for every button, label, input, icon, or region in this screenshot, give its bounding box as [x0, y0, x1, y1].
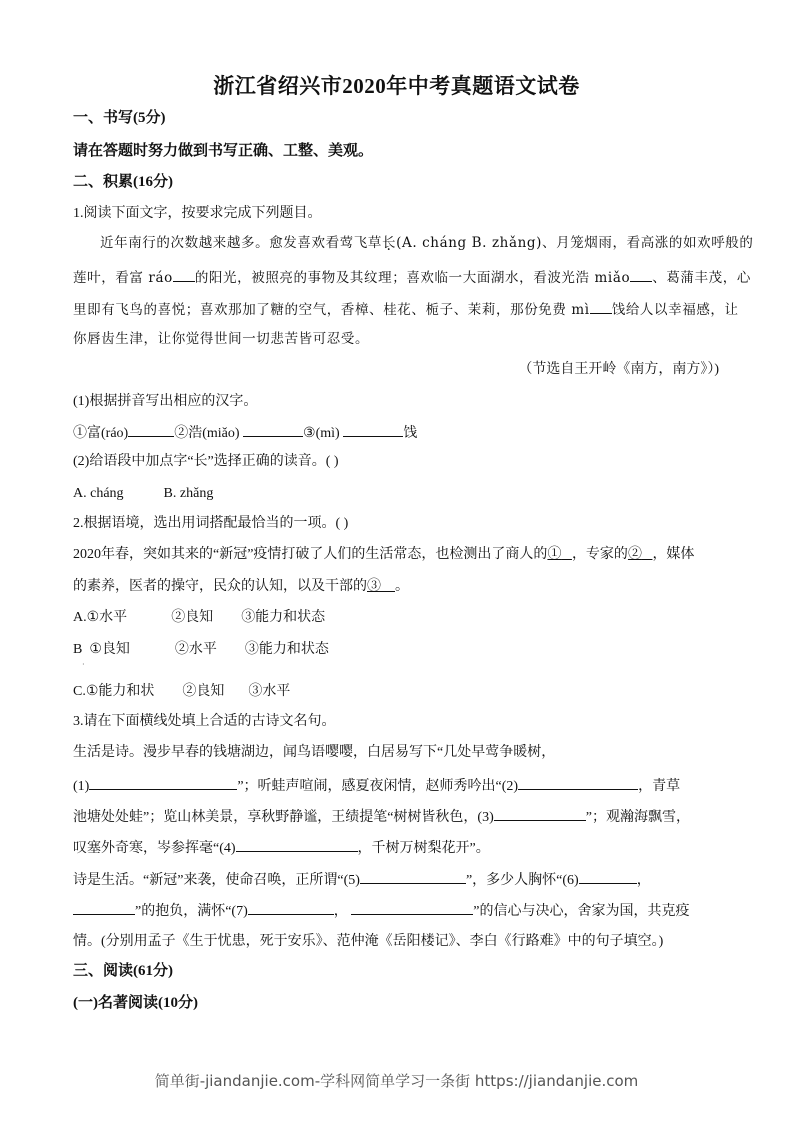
passage-source: （节选自王开岭《南方，南方》）) — [518, 360, 719, 380]
q2-option-b[interactable]: B ①良知②水平③能力和状态 — [73, 640, 329, 660]
option-item: ②水平 — [175, 642, 217, 657]
option-label: C. — [73, 684, 86, 699]
answer-blank[interactable] — [343, 422, 403, 437]
q3-prompt: 3.请在下面横线处填上合适的古诗文名句。 — [73, 712, 336, 732]
option-item: ③能力和状态 — [241, 610, 325, 625]
passage-text: 叹塞外奇寒，岑参挥毫“(4) — [73, 841, 236, 856]
pinyin-item-1: ①富(ráo) — [73, 426, 128, 441]
section1-instruction: 请在答题时努力做到书写正确、工整、美观。 — [73, 141, 373, 161]
passage-text: 。 — [395, 579, 409, 594]
option-item: ①能力和状 — [86, 684, 155, 699]
q2-passage-line-2: 的素养，医者的操守，民众的认知，以及干部的③ 。 — [73, 577, 409, 597]
option-item: ③能力和状态 — [245, 642, 329, 657]
passage-line-4: 你唇齿生津，让你觉得世间一切悲苦皆可忍受。 — [73, 329, 369, 349]
passage-text: ， — [334, 904, 348, 919]
answer-blank-poem-3[interactable] — [494, 806, 586, 821]
section2-heading: 二、积累(16分) — [73, 172, 173, 192]
passage-text: 2020年春，突如其来的“新冠”疫情打破了人们的生活常态，也检测出了商人的 — [73, 547, 547, 562]
blank-label: ① — [547, 547, 561, 562]
passage-text: ， — [637, 873, 651, 888]
answer-blank-poem-1[interactable] — [89, 775, 237, 790]
q2-option-c[interactable]: C.①能力和状②良知③水平 — [73, 682, 290, 702]
passage-text: 的素养，医者的操守，民众的认知，以及干部的 — [73, 579, 367, 594]
sub2-options: A. chángB. zhǎng — [73, 484, 213, 504]
passage-text: ”的抱负，满怀“(7) — [135, 904, 248, 919]
passage-line-3: 里即有飞鸟的喜悦；喜欢那加了糖的空气，香樟、桂花、栀子、茉莉，那份免费 mì饯给… — [73, 299, 739, 320]
passage-text: 里即有飞鸟的喜悦；喜欢那加了糖的空气，香樟、桂花、栀子、茉莉，那份免费 mì — [73, 302, 590, 318]
page-title: 浙江省绍兴市2020年中考真题语文试卷 — [0, 70, 793, 100]
answer-blank[interactable] — [243, 422, 303, 437]
answer-blank-3[interactable]: ③ — [367, 579, 395, 594]
answer-blank-poem-6b[interactable] — [73, 900, 135, 915]
passage-text: ”；观瀚海飘雪， — [586, 810, 690, 825]
passage-text: ”，多少人胸怀“(6) — [466, 873, 579, 888]
answer-blank-poem-6a[interactable] — [579, 869, 637, 884]
answer-blank-poem-2[interactable] — [518, 775, 638, 790]
answer-blank-poem-4[interactable] — [236, 837, 358, 852]
answer-blank[interactable] — [173, 267, 195, 282]
q2-passage-line-1: 2020年春，突如其来的“新冠”疫情打破了人们的生活常态，也检测出了商人的① ，… — [73, 545, 694, 565]
exam-page: 浙江省绍兴市2020年中考真题语文试卷 一、书写(5分) 请在答题时努力做到书写… — [0, 0, 793, 1122]
option-b[interactable]: B. zhǎng — [164, 486, 214, 501]
answer-blank-2[interactable]: ② — [628, 547, 653, 562]
answer-blank-1[interactable]: ① — [547, 547, 572, 562]
passage-text: 、葛蒲丰茂，心 — [652, 270, 751, 286]
option-item: ②良知 — [182, 684, 224, 699]
option-item: ③水平 — [248, 684, 290, 699]
answer-blank-poem-7a[interactable] — [248, 900, 334, 915]
q3-line-1: 生活是诗。漫步早春的钱塘湖边，闻鸟语嘤嘤，白居易写下“几处早莺争暖树， — [73, 743, 555, 763]
q1-prompt: 1.阅读下面文字，按要求完成下列题目。 — [73, 204, 322, 224]
passage-text: ，专家的 — [572, 547, 628, 562]
passage-text: ，媒体 — [652, 547, 694, 562]
passage-text: ，千树万树梨花开”。 — [358, 841, 490, 856]
answer-blank[interactable] — [630, 267, 652, 282]
watermark-footer: 简单街-jiandanjie.com-学科网简单学习一条街 https://ji… — [0, 1070, 793, 1091]
option-label: B — [73, 642, 82, 657]
passage-text: (A. cháng B. zhǎng)、月笼烟雨，看高涨的如欢呼般的 — [396, 235, 753, 251]
passage-text: 饯给人以幸福感，让 — [612, 302, 739, 318]
q3-line-6: ”的抱负，满怀“(7)， ”的信心与决心，舍家为国，共克疫 — [73, 900, 689, 922]
blank-label: ② — [628, 547, 642, 562]
answer-blank-poem-7b[interactable] — [351, 900, 473, 915]
section1-heading: 一、书写(5分) — [73, 108, 166, 128]
q2-prompt: 2.根据语境，选出用词搭配最恰当的一项。( ) — [73, 514, 348, 534]
pinyin-item-2: ②浩(miǎo) — [174, 426, 239, 441]
passage-text: 诗是生活。“新冠”来袭，使命召唤，正所谓“(5) — [73, 873, 360, 888]
passage-text: ”的信心与决心，舍家为国，共克疫 — [473, 904, 689, 919]
pinyin-item-suffix: 饯 — [403, 426, 417, 441]
passage-text: 的阳光，被照亮的事物及其纹理；喜欢临一大面湖水，看波光浩 miǎo — [195, 270, 630, 286]
sub2-prompt: (2)给语段中加点字“长”选择正确的读音。( ) — [73, 452, 339, 472]
blank-label: ③ — [367, 579, 381, 594]
answer-blank[interactable] — [128, 422, 174, 437]
sub1-prompt: (1)根据拼音写出相应的汉字。 — [73, 392, 257, 412]
pinyin-item-3: ③(mì) — [303, 426, 340, 441]
dotted-char: 长 — [382, 235, 396, 251]
option-item: ①水平 — [87, 610, 128, 625]
option-a[interactable]: A. cháng — [73, 486, 124, 501]
stray-dot: · — [82, 660, 85, 669]
passage-text: ，青草 — [638, 779, 680, 794]
passage-line-1: 近年南行的次数越来越多。愈发喜欢看莺飞草长(A. cháng B. zhǎng)… — [100, 233, 754, 253]
q3-line-2: (1)”；听蛙声喧闹，感夏夜闲情，赵师秀吟出“(2)，青草 — [73, 775, 680, 797]
option-item: ①良知 — [89, 642, 130, 657]
q3-line-7: 情。(分别用孟子《生于忧患，死于安乐》、范仲淹《岳阳楼记》、李白《行路难》中的句… — [73, 932, 663, 952]
passage-text: 池塘处处蛙”；览山林美景，享秋野静谧，王绩提笔“树树皆秋色，(3) — [73, 810, 494, 825]
option-item: ②良知 — [171, 610, 213, 625]
passage-text: (1) — [73, 779, 89, 794]
passage-text: ”；听蛙声喧闹，感夏夜闲情，赵师秀吟出“(2) — [237, 779, 518, 794]
section3-sub1-heading: (一)名著阅读(10分) — [73, 993, 198, 1013]
q2-option-a[interactable]: A.①水平②良知③能力和状态 — [73, 608, 325, 628]
passage-text: 莲叶，看富 ráo — [73, 270, 173, 286]
option-label: A. — [73, 610, 87, 625]
answer-blank[interactable] — [590, 299, 612, 314]
passage-line-2: 莲叶，看富 ráo的阳光，被照亮的事物及其纹理；喜欢临一大面湖水，看波光浩 mi… — [73, 267, 751, 288]
q3-line-3: 池塘处处蛙”；览山林美景，享秋野静谧，王绩提笔“树树皆秋色，(3)”；观瀚海飘雪… — [73, 806, 690, 828]
sub1-items: ①富(ráo)②浩(miǎo) ③(mì) 饯 — [73, 422, 417, 444]
answer-blank-poem-5[interactable] — [360, 869, 466, 884]
q3-line-5: 诗是生活。“新冠”来袭，使命召唤，正所谓“(5)”，多少人胸怀“(6)， — [73, 869, 651, 891]
q3-line-4: 叹塞外奇寒，岑参挥毫“(4)，千树万树梨花开”。 — [73, 837, 490, 859]
passage-text: 近年南行的次数越来越多。愈发喜欢看莺飞草 — [100, 235, 382, 251]
section3-heading: 三、阅读(61分) — [73, 961, 173, 981]
